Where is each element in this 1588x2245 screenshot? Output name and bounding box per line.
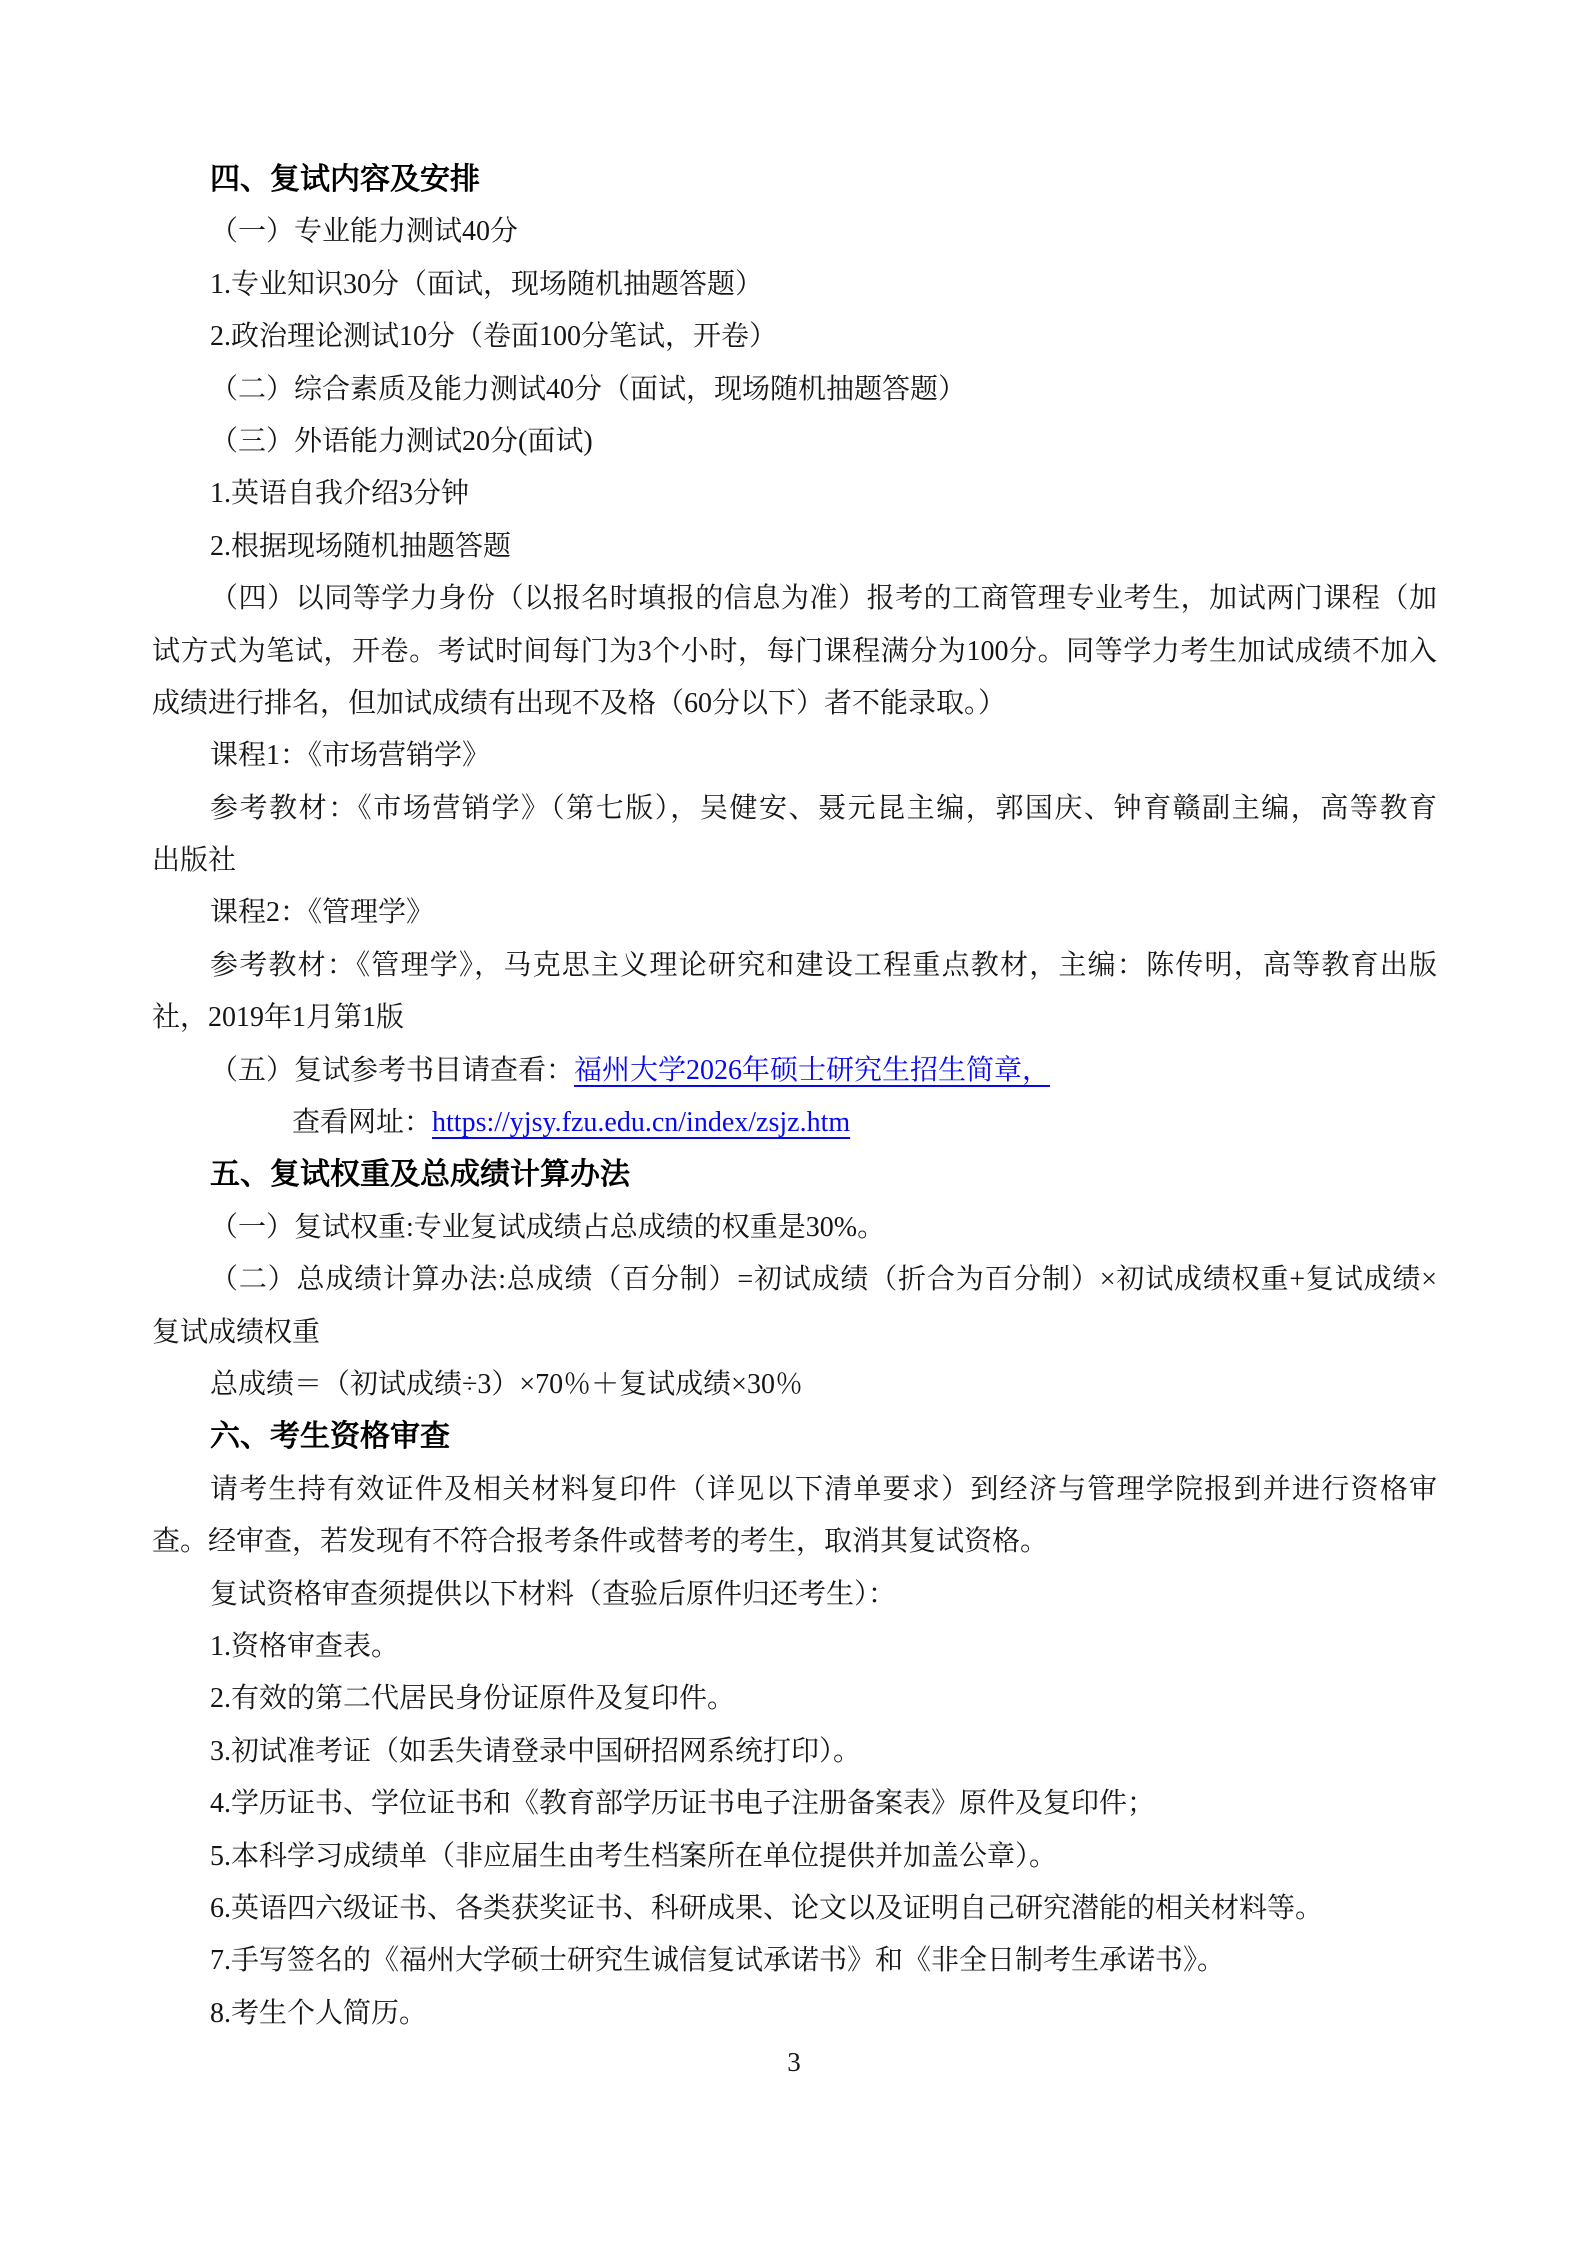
text-line: （四）以同等学力身份（以报名时填报的信息为准）报考的工商管理专业考生，加试两门课… bbox=[152, 573, 1437, 625]
text-line: 2.政治理论测试10分（卷面100分笔试，开卷） bbox=[152, 311, 1437, 363]
text-line: 6.英语四六级证书、各类获奖证书、科研成果、论文以及证明自己研究潜能的相关材料等… bbox=[152, 1883, 1437, 1935]
text-line: 复试资格审查须提供以下材料（查验后原件归还考生）： bbox=[152, 1569, 1437, 1621]
text-line: 1.资格审查表。 bbox=[152, 1621, 1437, 1673]
text-run: 查看网址： bbox=[292, 1107, 432, 1138]
text-line: 成绩进行排名，但加试成绩有出现不及格（60分以下）者不能录取。） bbox=[152, 678, 1437, 730]
link-fzu-2026-admissions-guide[interactable]: 福州大学2026年硕士研究生招生简章， bbox=[574, 1055, 1050, 1086]
section-heading: 四、复试内容及安排 bbox=[152, 154, 1437, 206]
text-line: 试方式为笔试，开卷。考试时间每门为3个小时，每门课程满分为100分。同等学力考生… bbox=[152, 626, 1437, 678]
text-line: 查。经审查，若发现有不符合报考条件或替考的考生，取消其复试资格。 bbox=[152, 1516, 1437, 1568]
document-page: 四、复试内容及安排（一）专业能力测试40分1.专业知识30分（面试，现场随机抽题… bbox=[0, 0, 1588, 2245]
text-line: 复试成绩权重 bbox=[152, 1307, 1437, 1359]
text-line: 参考教材：《市场营销学》（第七版），吴健安、聂元昆主编，郭国庆、钟育赣副主编，高… bbox=[152, 783, 1437, 835]
text-run: （五）复试参考书目请查看： bbox=[210, 1055, 574, 1086]
section-heading: 五、复试权重及总成绩计算办法 bbox=[152, 1149, 1437, 1201]
text-line: 3.初试准考证（如丢失请登录中国研招网系统打印）。 bbox=[152, 1726, 1437, 1778]
text-line: 2.根据现场随机抽题答题 bbox=[152, 521, 1437, 573]
document-body: 四、复试内容及安排（一）专业能力测试40分1.专业知识30分（面试，现场随机抽题… bbox=[152, 154, 1437, 2040]
text-line: 查看网址：https://yjsy.fzu.edu.cn/index/zsjz.… bbox=[152, 1097, 1437, 1149]
text-line: 参考教材：《管理学》，马克思主义理论研究和建设工程重点教材，主编：陈传明，高等教… bbox=[152, 940, 1437, 992]
text-line: 1.专业知识30分（面试，现场随机抽题答题） bbox=[152, 259, 1437, 311]
text-line: 请考生持有效证件及相关材料复印件（详见以下清单要求）到经济与管理学院报到并进行资… bbox=[152, 1464, 1437, 1516]
text-line: 8.考生个人简历。 bbox=[152, 1988, 1437, 2040]
text-line: （二）总成绩计算办法:总成绩（百分制）=初试成绩（折合为百分制）×初试成绩权重+… bbox=[152, 1254, 1437, 1306]
text-line: （二）综合素质及能力测试40分（面试，现场随机抽题答题） bbox=[152, 364, 1437, 416]
text-line: 4.学历证书、学位证书和《教育部学历证书电子注册备案表》原件及复印件； bbox=[152, 1778, 1437, 1830]
link-admissions-url[interactable]: https://yjsy.fzu.edu.cn/index/zsjz.htm bbox=[432, 1107, 850, 1138]
page-number: 3 bbox=[0, 2036, 1588, 2088]
text-line: 出版社 bbox=[152, 835, 1437, 887]
text-line: （五）复试参考书目请查看：福州大学2026年硕士研究生招生简章， bbox=[152, 1045, 1437, 1097]
text-line: 总成绩＝（初试成绩÷3）×70％＋复试成绩×30％ bbox=[152, 1359, 1437, 1411]
text-line: 2.有效的第二代居民身份证原件及复印件。 bbox=[152, 1673, 1437, 1725]
text-line: 课程1：《市场营销学》 bbox=[152, 730, 1437, 782]
section-heading: 六、考生资格审查 bbox=[152, 1411, 1437, 1463]
text-line: 社，2019年1月第1版 bbox=[152, 992, 1437, 1044]
text-line: 5.本科学习成绩单（非应届生由考生档案所在单位提供并加盖公章）。 bbox=[152, 1831, 1437, 1883]
text-line: （三）外语能力测试20分(面试) bbox=[152, 416, 1437, 468]
text-line: 7.手写签名的《福州大学硕士研究生诚信复试承诺书》和《非全日制考生承诺书》。 bbox=[152, 1935, 1437, 1987]
text-line: 1.英语自我介绍3分钟 bbox=[152, 468, 1437, 520]
text-line: （一）复试权重:专业复试成绩占总成绩的权重是30%。 bbox=[152, 1202, 1437, 1254]
text-line: 课程2：《管理学》 bbox=[152, 887, 1437, 939]
text-line: （一）专业能力测试40分 bbox=[152, 206, 1437, 258]
